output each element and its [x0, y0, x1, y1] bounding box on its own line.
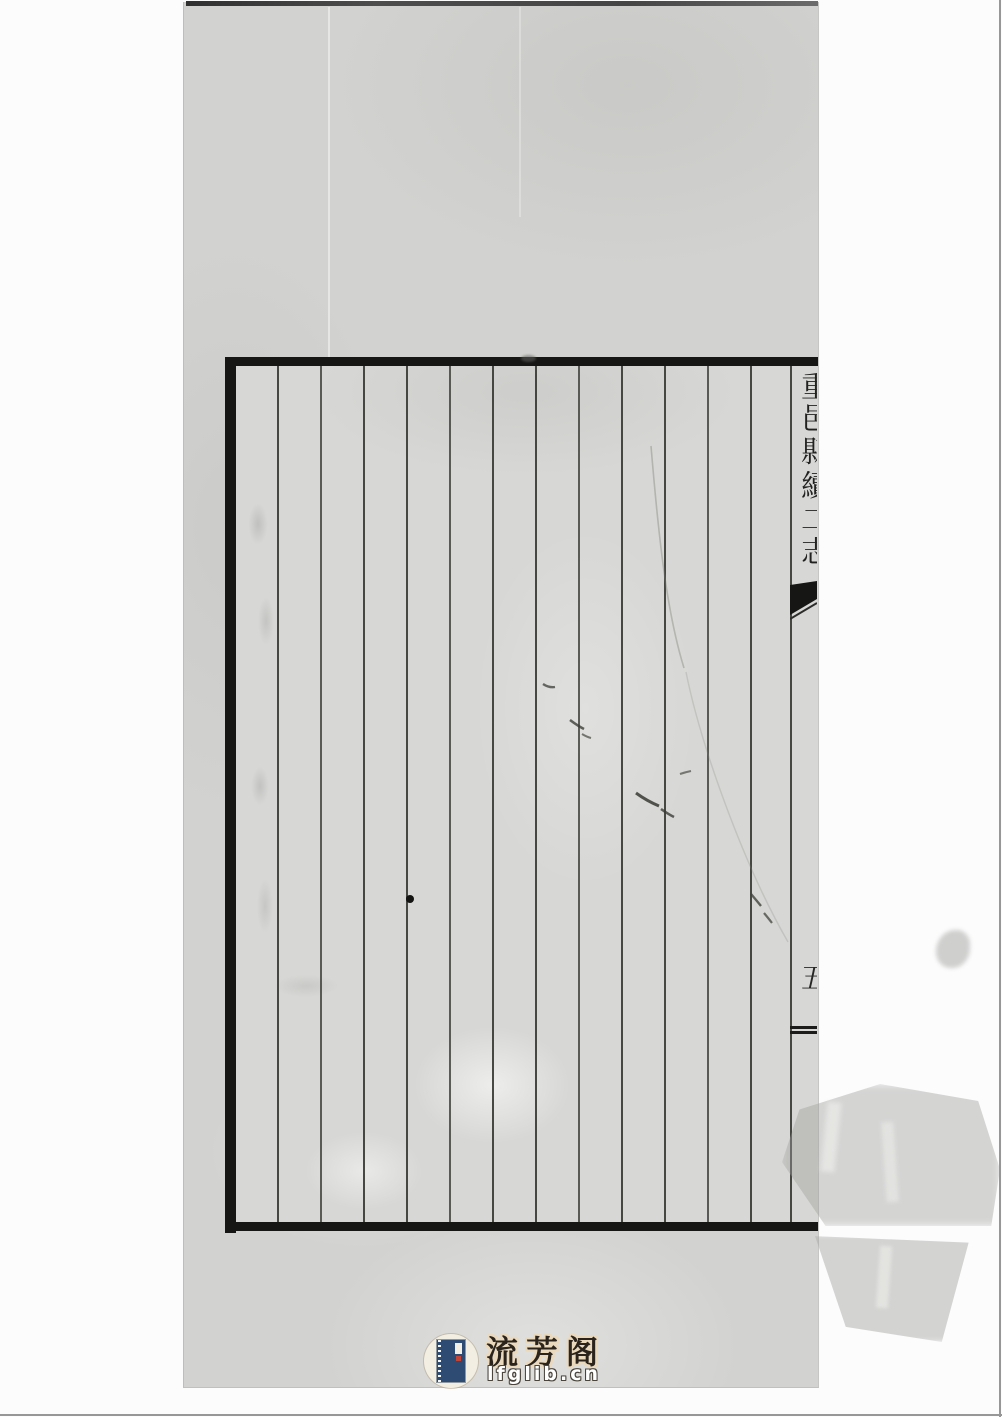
spine-title-char: 二: [790, 505, 817, 539]
frame-border-left: [225, 357, 236, 1233]
ink-swirl-stain: [936, 930, 970, 968]
watermark-site-url: lfglib.cn: [487, 1363, 601, 1385]
column-rule-line: [535, 366, 537, 1222]
double-rule: [790, 1031, 817, 1034]
paper-sheet: [183, 2, 819, 1388]
watermark-badge: [424, 1334, 478, 1388]
lfglib-watermark: 流芳阁 lfglib.cn: [424, 1330, 684, 1392]
ink-dot: [406, 895, 414, 903]
stitched-book-icon: [436, 1339, 466, 1383]
column-rule-line: [277, 366, 279, 1222]
spine-title-char: 續: [790, 471, 817, 505]
column-rule-line: [707, 366, 709, 1222]
spine-title-char: 邑: [790, 404, 817, 438]
column-rule-line: [406, 366, 408, 1222]
column-rule-line: [492, 366, 494, 1222]
spine-title-char: 縣: [790, 437, 817, 471]
page-number-char: 五: [801, 962, 817, 996]
scan-top-edge: [186, 1, 818, 6]
spine-title-char: 重: [790, 372, 817, 406]
scan-edge-line-right: [999, 0, 1001, 1417]
book-seal: [456, 1356, 461, 1361]
book-stitching: [438, 1340, 441, 1382]
double-rule: [790, 1026, 817, 1029]
book-title-label: [455, 1343, 462, 1354]
column-rule-line: [664, 366, 666, 1222]
paper-fold-highlight: [519, 7, 521, 217]
ruled-text-area: [236, 366, 818, 1222]
paper-fold-highlight: [328, 7, 330, 359]
column-rule-line: [578, 366, 580, 1222]
fishtail-mark: [790, 581, 817, 621]
column-rule-line: [320, 366, 322, 1222]
column-rule-line: [621, 366, 623, 1222]
ink-smudge: [521, 355, 536, 362]
column-rule-line: [363, 366, 365, 1222]
spine-title-char: 志: [790, 537, 817, 571]
spine-title: 重邑縣續二志: [790, 364, 817, 584]
scan-edge-line-bottom: [0, 1414, 1002, 1416]
frame-border-bottom: [225, 1222, 818, 1231]
column-rule-line: [750, 366, 752, 1222]
column-rule-line: [449, 366, 451, 1222]
page-number: 五: [790, 962, 817, 1002]
scanned-page: 重邑縣續二志 五 流芳阁 lfglib.cn: [0, 0, 1002, 1417]
